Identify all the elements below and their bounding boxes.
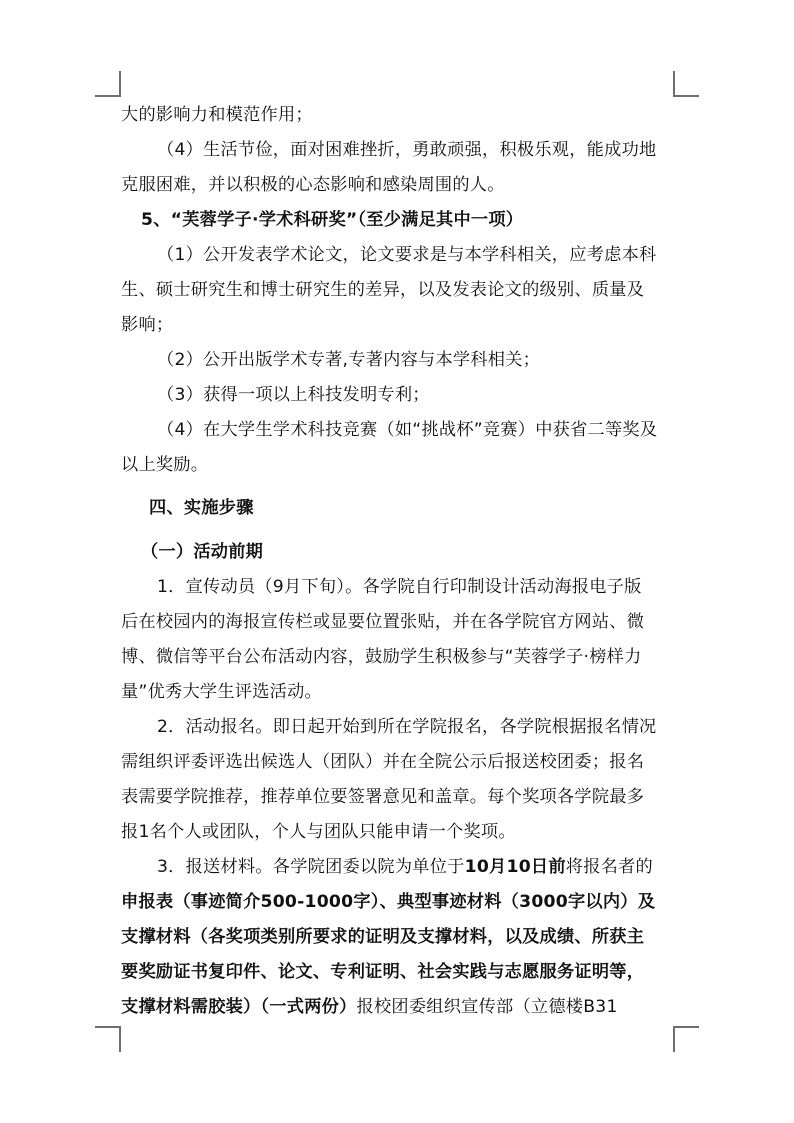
criteria-item: （1）公开发表学术论文，论文要求是与本学科相关，应考虑本科 xyxy=(157,243,656,267)
paragraph-line: 生、硕士研究生和博士研究生的差异，以及发表论文的级别、质量及 xyxy=(121,278,644,302)
paragraph-line: 表需要学院推荐，推荐单位要签署意见和盖章。每个奖项各学院最多 xyxy=(121,785,644,809)
paragraph-line-bold: 支撑材料（各奖项类别所要求的证明及支撑材料，以及成绩、所获主 xyxy=(121,925,644,949)
paragraph-line: 影响； xyxy=(121,313,173,337)
criteria-item: （3）获得一项以上科技发明专利； xyxy=(157,383,430,407)
paragraph-line: 报1名个人或团队，个人与团队只能申请一个奖项。 xyxy=(121,820,516,844)
crop-mark-bottom-right-v xyxy=(673,1026,675,1052)
deadline-text: 10月10日前 xyxy=(465,857,566,877)
paragraph-line-bold: 申报表（事迹简介500-1000字）、典型事迹材料（3000字以内）及 xyxy=(121,890,655,914)
crop-mark-bottom-right-h xyxy=(673,1026,699,1028)
criteria-item: （2）公开出版学术专著,专著内容与本学科相关； xyxy=(157,348,540,372)
step-item: 1．宣传动员（9月下旬）。各学院自行印制设计活动海报电子版 xyxy=(157,575,642,599)
paragraph-line: 克服困难，并以积极的心态影响和感染周围的人。 xyxy=(121,173,505,197)
paragraph-line: 博、微信等平台公布活动内容，鼓励学生积极参与“芙蓉学子·榜样力 xyxy=(121,645,642,669)
crop-mark-bottom-left-v xyxy=(119,1026,121,1052)
step-item: 3．报送材料。各学院团委以院为单位于10月10日前将报名者的 xyxy=(157,855,653,879)
subsection-heading: （一）活动前期 xyxy=(141,540,263,564)
paragraph-line: 量”优秀大学生评选活动。 xyxy=(121,680,322,704)
step-item: 2．活动报名。即日起开始到所在学院报名，各学院根据报名情况 xyxy=(157,715,656,739)
bold-text: 支撑材料需胶装）（一式两份） xyxy=(121,997,357,1017)
paragraph-line: 后在校园内的海报宣传栏或显要位置张贴，并在各学院官方网站、微 xyxy=(121,610,644,634)
crop-mark-top-right-v xyxy=(673,71,675,97)
criteria-item: （4）在大学生学术科技竞赛（如“挑战杯”竞赛）中获省二等奖及 xyxy=(157,418,657,442)
paragraph-line: 需组织评委评选出候选人（团队）并在全院公示后报送校团委；报名 xyxy=(121,750,644,774)
paragraph-line: 支撑材料需胶装）（一式两份）报校团委组织宣传部（立德楼B31 xyxy=(121,995,618,1019)
step-text: 将报名者的 xyxy=(566,857,653,877)
section-heading: 四、实施步骤 xyxy=(149,496,254,520)
criteria-item: （4）生活节俭，面对困难挫折，勇敢顽强，积极乐观，能成功地 xyxy=(157,138,656,162)
award-heading: 5、“芙蓉学子·学术科研奖”（至少满足其中一项） xyxy=(141,208,523,232)
crop-mark-top-left-v xyxy=(119,71,121,97)
paragraph-line-bold: 要奖励证书复印件、论文、专利证明、社会实践与志愿服务证明等， xyxy=(121,960,644,984)
crop-mark-top-left-h xyxy=(95,95,121,97)
step-text: 3．报送材料。各学院团委以院为单位于 xyxy=(157,857,465,877)
crop-mark-bottom-left-h xyxy=(95,1026,121,1028)
regular-text: 报校团委组织宣传部（立德楼B31 xyxy=(357,997,618,1017)
paragraph-line: 以上奖励。 xyxy=(121,453,208,477)
paragraph-line: 大的影响力和模范作用； xyxy=(121,103,313,127)
crop-mark-top-right-h xyxy=(673,95,699,97)
